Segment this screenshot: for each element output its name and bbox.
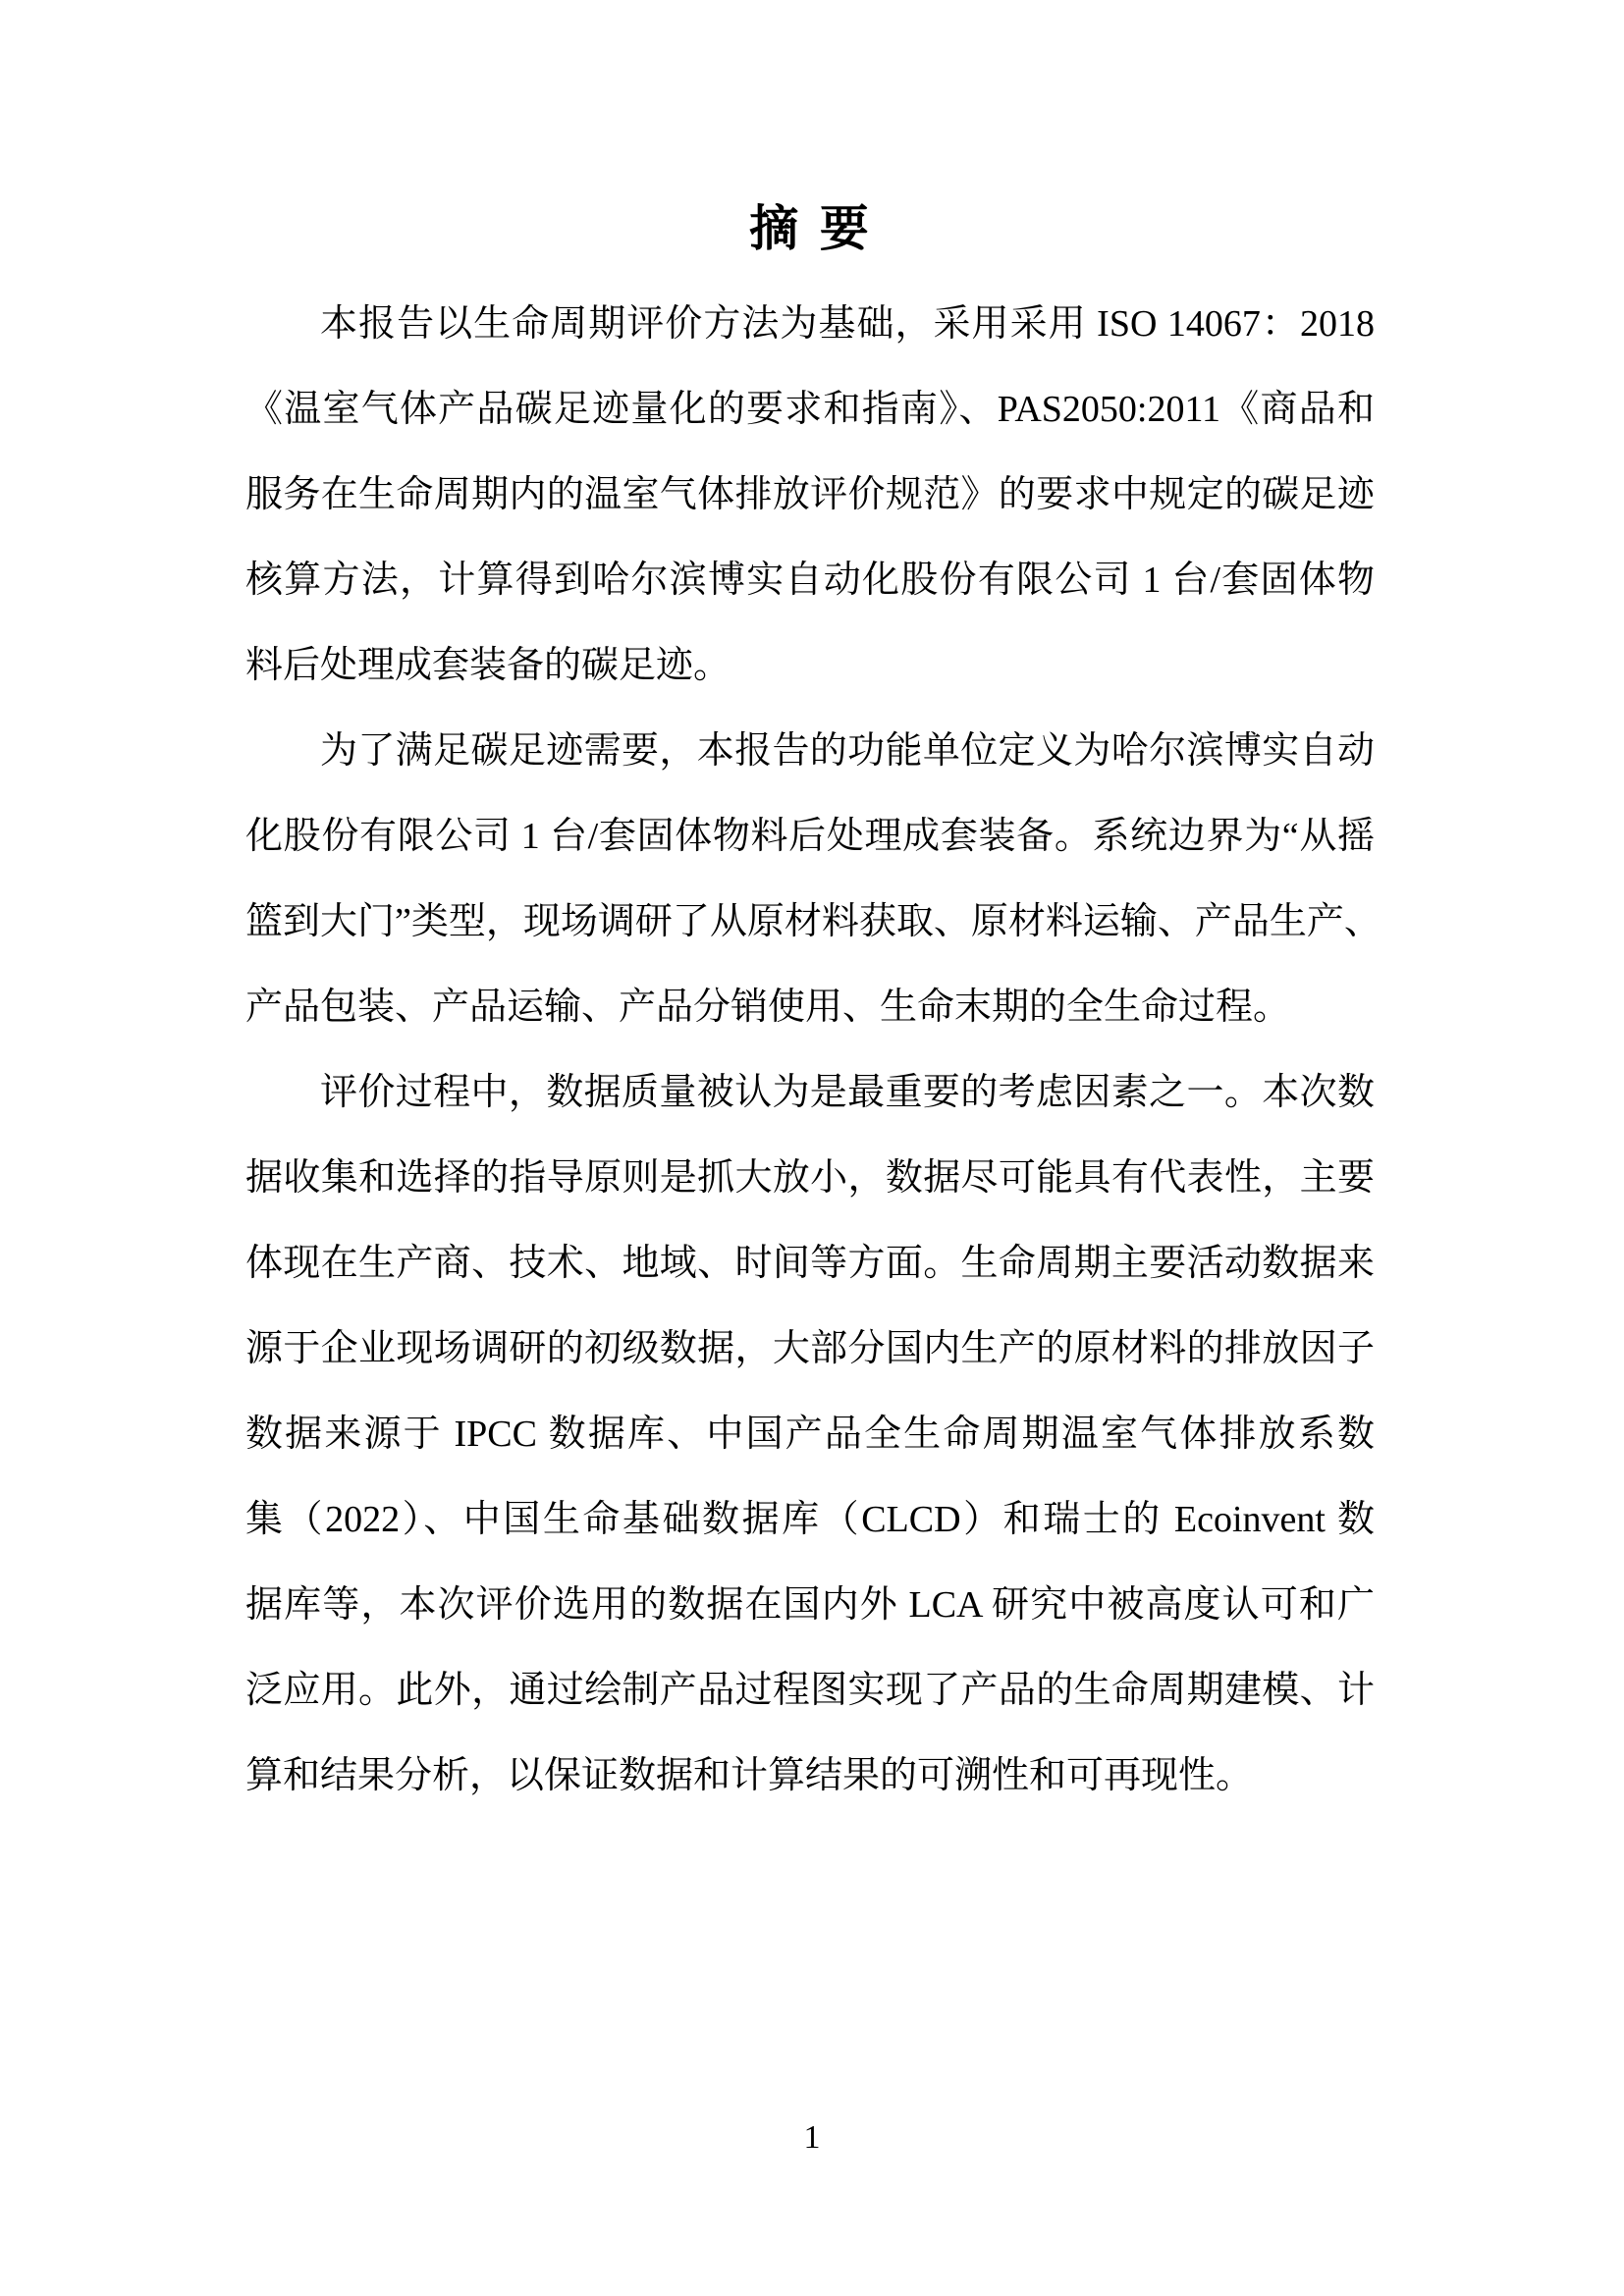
text-line: 料后处理成套装备的碳足迹。 [245,623,1375,709]
text-line: 《温室气体产品碳足迹量化的要求和指南》、PAS2050:2011《商品和 [245,367,1375,453]
page-title: 摘 要 [245,187,1375,272]
text-line: 为了满足碳足迹需要，本报告的功能单位定义为哈尔滨博实自动 [245,709,1375,794]
paragraph-1: 本报告以生命周期评价方法为基础，采用采用 ISO 14067：2018 《温室气… [245,282,1375,709]
text-line: 源于企业现场调研的初级数据，大部分国内生产的原材料的排放因子 [245,1307,1375,1392]
text-line: 服务在生命周期内的温室气体排放评价规范》的要求中规定的碳足迹 [245,453,1375,538]
document-page: 摘 要 本报告以生命周期评价方法为基础，采用采用 ISO 14067：2018 … [0,0,1624,2296]
text-line: 核算方法，计算得到哈尔滨博实自动化股份有限公司 1 台/套固体物 [245,538,1375,623]
text-line: 据库等，本次评价选用的数据在国内外 LCA 研究中被高度认可和广 [245,1563,1375,1648]
text-line: 体现在生产商、技术、地域、时间等方面。生命周期主要活动数据来 [245,1221,1375,1307]
text-line: 数据来源于 IPCC 数据库、中国产品全生命周期温室气体排放系数 [245,1392,1375,1477]
text-line: 产品包装、产品运输、产品分销使用、生命末期的全生命过程。 [245,965,1375,1050]
text-line: 集（2022）、中国生命基础数据库（CLCD）和瑞士的 Ecoinvent 数 [245,1477,1375,1563]
text-line: 本报告以生命周期评价方法为基础，采用采用 ISO 14067：2018 [245,282,1375,367]
text-line: 泛应用。此外，通过绘制产品过程图实现了产品的生命周期建模、计 [245,1648,1375,1734]
text-line: 评价过程中，数据质量被认为是最重要的考虑因素之一。本次数 [245,1050,1375,1136]
text-line: 篮到大门”类型，现场调研了从原材料获取、原材料运输、产品生产、 [245,880,1375,965]
text-line: 据收集和选择的指导原则是抓大放小，数据尽可能具有代表性，主要 [245,1136,1375,1221]
paragraph-3: 评价过程中，数据质量被认为是最重要的考虑因素之一。本次数 据收集和选择的指导原则… [245,1050,1375,1819]
text-line: 算和结果分析，以保证数据和计算结果的可溯性和可再现性。 [245,1734,1375,1819]
page-number: 1 [0,2116,1624,2160]
text-line: 化股份有限公司 1 台/套固体物料后处理成套装备。系统边界为“从摇 [245,794,1375,880]
paragraph-2: 为了满足碳足迹需要，本报告的功能单位定义为哈尔滨博实自动 化股份有限公司 1 台… [245,709,1375,1050]
abstract-section: 摘 要 本报告以生命周期评价方法为基础，采用采用 ISO 14067：2018 … [245,187,1375,1819]
